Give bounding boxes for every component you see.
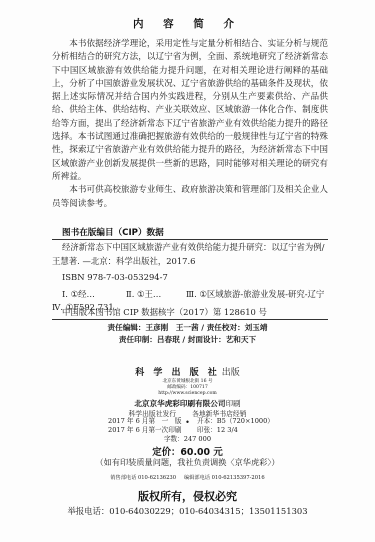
- cip-bottom-rule: [52, 319, 328, 320]
- cip-author-line: 王慧著. —北京：科学出版社，2017.6: [52, 255, 328, 269]
- printer-line: 北京京华虎彩印刷有限公司印刷: [0, 398, 375, 409]
- sales-phone: 销售部电话 010-62136230: [110, 475, 176, 481]
- summary-abstract: 本书依据经济学理论，采用定性与定量分析相结合、实证分析与规范分析相结合的研究方法…: [52, 38, 328, 211]
- cip-isbn: ISBN 978-7-03-053294-7: [52, 271, 328, 285]
- printer-suffix: 印刷: [225, 399, 240, 408]
- publisher-name: 科 学 出 版 社: [135, 368, 220, 378]
- cip-title-line: 经济新常态下中国区域旅游产业有效供给能力提升研究：以辽宁省为例/: [52, 241, 328, 255]
- department-phones: 销售部电话 010-62136230编辑部电话 010-62135397-201…: [0, 474, 375, 481]
- quality-note: （如有印装质量问题，我社负责调换〈京华虎彩〉）: [0, 457, 375, 468]
- cip-record: 经济新常态下中国区域旅游产业有效供给能力提升研究：以辽宁省为例/ 王慧著. —北…: [52, 241, 328, 315]
- copyright-page: 内 容 简 介 本书依据经济学理论，采用定性与定量分析相结合、实证分析与规范分析…: [0, 0, 375, 542]
- cip-classification: Ⅰ. ①经…Ⅱ. ①王…Ⅲ. ①区域旅游-旅游业发展-研究-辽宁: [52, 288, 328, 302]
- edition-info: 2017 年 6 月第 一 版 开本：B5（720×1000） 2017 年 6…: [0, 417, 375, 444]
- cip-heading: 图书在版编目（CIP）数据: [62, 226, 164, 238]
- report-hotline: 举报电话：010-64030229；010-64034315；135011513…: [0, 505, 375, 517]
- printed-sheets: 印张：12 3/4: [197, 426, 238, 435]
- cip-record-number: 中国版本图书馆 CIP 数据核字（2017）第 128610 号: [62, 306, 267, 318]
- publisher-suffix: 出版: [222, 368, 240, 378]
- cip-top-rule: [52, 239, 328, 240]
- price: 定价：60.00 元: [0, 444, 375, 458]
- publisher-website: http://www.sciencep.com: [0, 391, 375, 397]
- edition-date: 2017 年 6 月第 一 版: [108, 417, 181, 426]
- rights-notice: 版权所有，侵权必究: [0, 488, 375, 504]
- editorial-phone: 编辑部电话 010-62135397-2016: [184, 475, 265, 481]
- summary-paragraph: 本书可供高校旅游专业师生、政府旅游决策和管理部门及相关企业人员等阅读参考。: [52, 184, 328, 211]
- summary-title: 内 容 简 介: [0, 16, 375, 31]
- cip-class-ii: Ⅱ. ①王…: [126, 288, 186, 302]
- print-date: 2017 年 6 月第一次印刷: [108, 426, 181, 435]
- word-count: 字数：247 000: [0, 435, 375, 444]
- summary-paragraph: 本书依据经济学理论，采用定性与定量分析相结合、实证分析与规范分析相结合的研究方法…: [52, 38, 328, 184]
- credits-production: 责任印制：吕春珉 / 封面设计：艺和天下: [0, 334, 375, 346]
- cip-class-iii: Ⅲ. ①区域旅游-旅游业发展-研究-辽宁: [186, 288, 324, 302]
- credits-editors: 责任编辑：王彦刚 王一茜 / 责任校对：刘玉靖: [0, 322, 375, 334]
- printer-name: 北京京华虎彩印刷有限公司: [134, 399, 225, 408]
- credits: 责任编辑：王彦刚 王一茜 / 责任校对：刘玉靖 责任印制：吕春珉 / 封面设计：…: [0, 322, 375, 346]
- book-format: 开本：B5（720×1000）: [197, 417, 274, 426]
- cip-class-i: Ⅰ. ①经…: [62, 288, 126, 302]
